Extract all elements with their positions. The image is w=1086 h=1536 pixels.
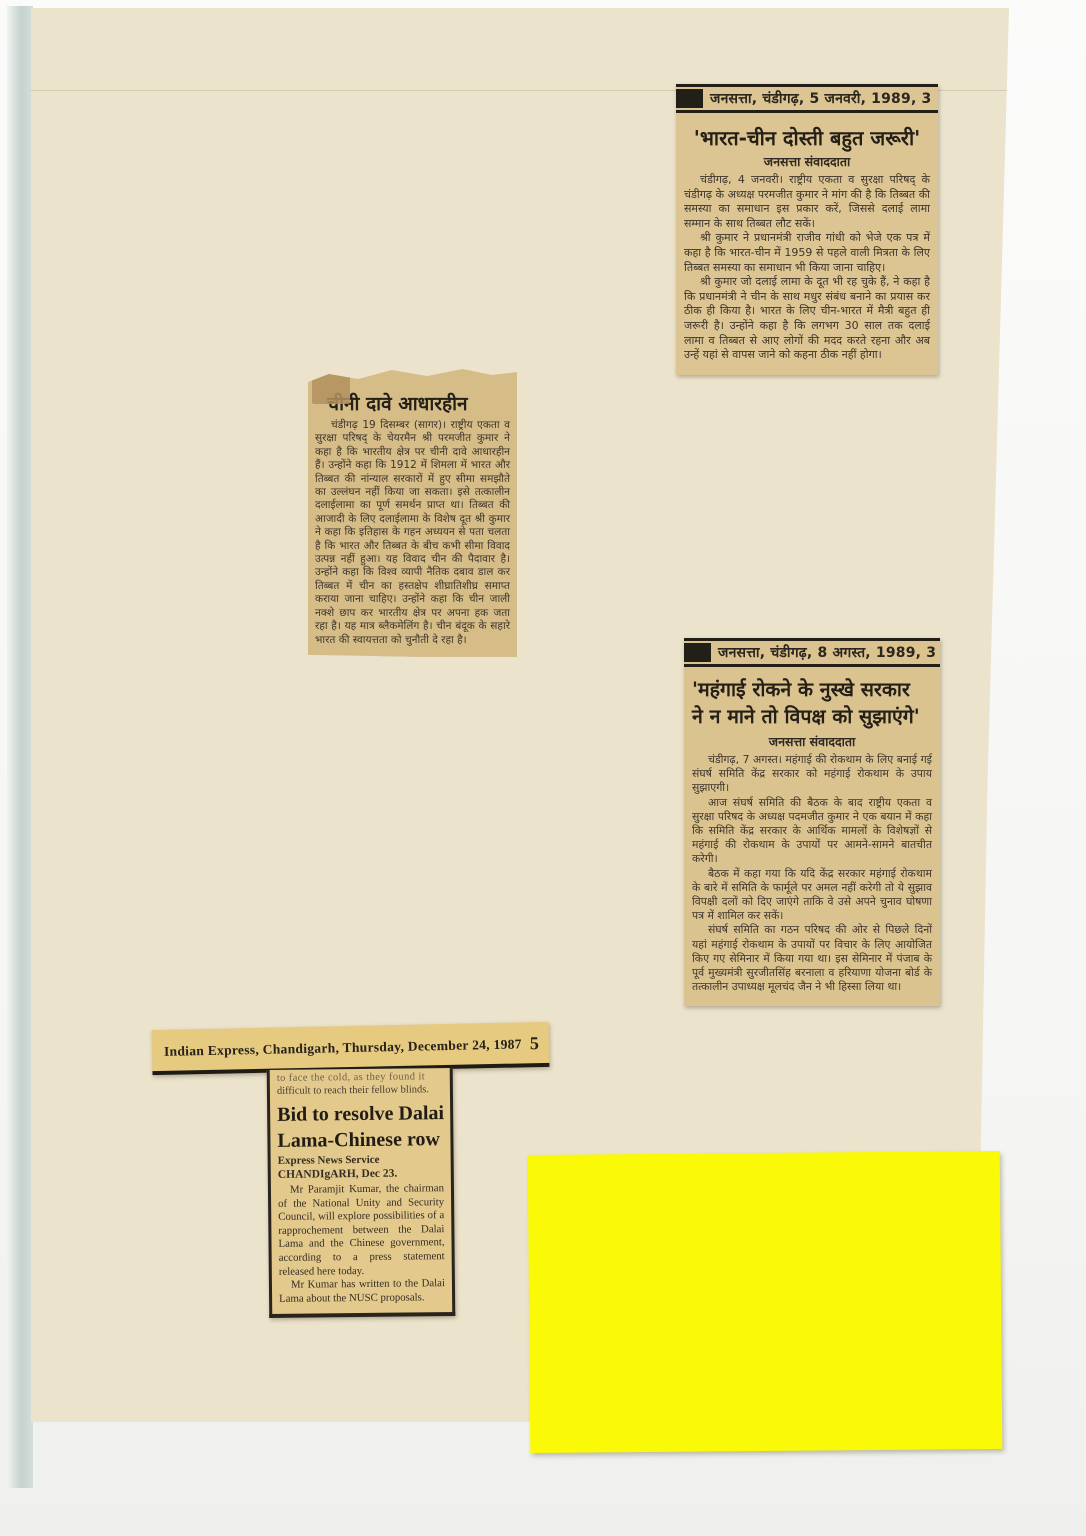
clipping-chini-dave: चीनी दावे आधारहीन चंडीगढ़ 19 दिसम्बर (सा… [308, 366, 517, 657]
body-paragraph: श्री कुमार जो दलाई लामा के दूत भी रह चुक… [684, 275, 930, 363]
masthead-text: Indian Express, Chandigarh, Thursday, De… [164, 1036, 530, 1060]
headline: 'महंगाई रोकने के नुस्खे सरकार ने न माने … [692, 676, 932, 730]
fragment-text: to face the cold, as they found it diffi… [277, 1070, 443, 1098]
article-body: Mr Paramjit Kumar, the chairman of the N… [278, 1182, 445, 1306]
byline: जनसत्ता संवाददाता [692, 733, 932, 750]
newspaper-masthead: जनसत्ता, चंडीगढ़, 8 अगस्त, 1989, 3 [684, 638, 940, 667]
body-paragraph: चंडीगढ़, 7 अगस्त। महंगाई की रोकथाम के लि… [692, 753, 932, 796]
fragment-line: difficult to reach their fellow blinds. [277, 1083, 443, 1098]
article-body: चंडीगढ़ 19 दिसम्बर (सागर)। राष्ट्रीय एकत… [315, 419, 510, 647]
black-redaction-mark [684, 643, 711, 662]
fragment-line: to face the cold, as they found it [277, 1070, 443, 1085]
byline: जनसत्ता संवाददाता [684, 153, 930, 170]
headline: 'भारत-चीन दोस्ती बहुत जरूरी' [684, 124, 930, 151]
masthead-text: जनसत्ता, चंडीगढ़, 8 अगस्त, 1989, 3 [718, 643, 936, 662]
body-paragraph: बैठक में कहा गया कि यदि केंद्र सरकार महं… [692, 867, 932, 924]
body-paragraph: चंडीगढ़ 19 दिसम्बर (सागर)। राष्ट्रीय एकत… [315, 419, 510, 647]
body-paragraph: श्री कुमार ने प्रधानमंत्री राजीव गांधी क… [684, 231, 930, 275]
headline-line: 'महंगाई रोकने के नुस्खे सरकार [692, 676, 932, 703]
clipping-indian-express-masthead: Indian Express, Chandigarh, Thursday, De… [152, 1022, 550, 1075]
dateline: CHANDIgARH, Dec 23. [278, 1166, 444, 1182]
body-paragraph: संघर्ष समिति का गठन परिषद की ओर से पिछले… [692, 923, 932, 994]
headline-line: ने न माने तो विपक्ष को सुझाएंगे' [692, 703, 932, 730]
body-paragraph: Mr Paramjit Kumar, the chairman of the N… [278, 1182, 445, 1279]
masthead-text: जनसत्ता, चंडीगढ़, 5 जनवरी, 1989, 3 [710, 89, 931, 108]
black-redaction-mark [676, 89, 703, 108]
headline: Bid to resolve Dalai Lama-Chinese row [277, 1100, 444, 1154]
clipping-jansatta-aug: जनसत्ता, चंडीगढ़, 8 अगस्त, 1989, 3 'महंग… [684, 638, 940, 1006]
headline-line: Bid to resolve Dalai [277, 1100, 443, 1128]
newspaper-masthead: जनसत्ता, चंडीगढ़, 5 जनवरी, 1989, 3 [676, 84, 938, 113]
body-paragraph: Mr Kumar has written to the Dalai Lama a… [279, 1277, 445, 1306]
adjacent-page-edge [7, 6, 33, 1488]
article-body: चंडीगढ़, 4 जनवरी। राष्ट्रीय एकता व सुरक्… [684, 173, 930, 363]
body-paragraph: चंडीगढ़, 4 जनवरी। राष्ट्रीय एकता व सुरक्… [684, 173, 930, 231]
tape-patch [312, 374, 350, 404]
clipping-indian-express-column: to face the cold, as they found it diffi… [267, 1068, 456, 1318]
body-paragraph: आज संघर्ष समिति की बैठक के बाद राष्ट्रीय… [692, 796, 932, 867]
headline-line: Lama-Chinese row [277, 1126, 443, 1154]
clipping-jansatta-jan: जनसत्ता, चंडीगढ़, 5 जनवरी, 1989, 3 'भारत… [676, 84, 938, 375]
article-body: चंडीगढ़, 7 अगस्त। महंगाई की रोकथाम के लि… [692, 753, 932, 994]
yellow-cover-sheet [528, 1151, 1003, 1453]
page-number: 5 [530, 1033, 539, 1054]
